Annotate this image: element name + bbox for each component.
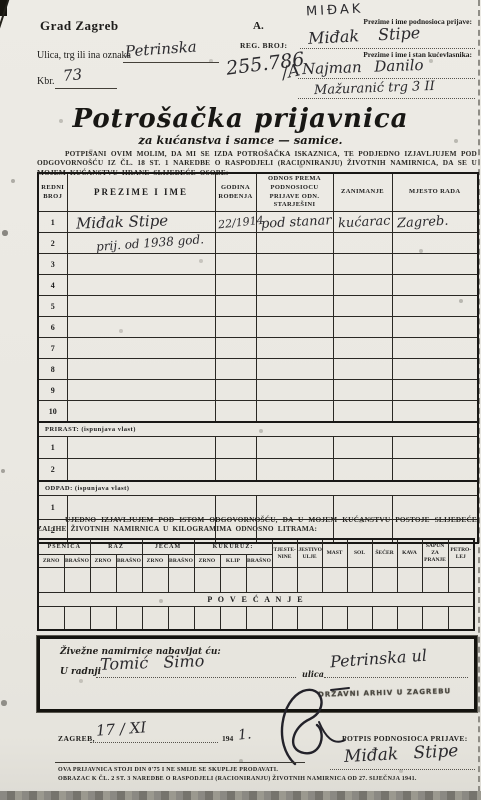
sub-zrno: ZRNO	[90, 555, 116, 568]
household-row-3: 3	[38, 254, 478, 275]
form-subtitle: za kućanstva i samce — samice.	[0, 133, 481, 147]
row-number: 3	[38, 254, 67, 275]
col-kava: KAVA	[397, 539, 422, 568]
city-title: Grad Zagreb	[40, 18, 119, 34]
group-jecam: JEČAM	[142, 539, 194, 555]
supplies-group-header-row: PŠENICA RAŽ JEČAM KUKURUZ: TJESTE- NINE …	[38, 539, 474, 555]
street-line: Petrinska	[123, 40, 219, 63]
sub-brasno: BRAŠNO	[116, 555, 142, 568]
household-row-7: 7	[38, 338, 478, 359]
prirast-label: PRIRAST: (ispunjava vlast)	[38, 422, 478, 437]
entry-name-handwritten: Miđak Stipe	[75, 211, 168, 232]
landlord-name-handwritten: Najman Danilo	[302, 56, 424, 78]
row-number: 1	[38, 212, 67, 233]
group-raz: RAŽ	[90, 539, 142, 555]
reg-broj-label: REG. BROJ:	[240, 41, 288, 50]
street-value-handwritten: Petrinska	[124, 38, 197, 61]
group-kukuruz: KUKURUZ:	[194, 539, 272, 555]
shop-declaration-box: Živežne namirnice nabavljat ću: U radnji…	[37, 636, 477, 712]
row-number: 4	[38, 275, 67, 296]
col-header-prezime: PREZIME I IME	[67, 173, 215, 212]
col-header-odnos: ODNOS PREMA PODNOSIOCU PRIJAVE ODN. STAR…	[256, 173, 333, 212]
household-row-5: 5	[38, 296, 478, 317]
col-tjestenine: TJESTE- NINE	[272, 539, 297, 568]
povecanje-label: P O V E Ć A N J E	[38, 593, 474, 607]
sub-klip: KLIP	[220, 555, 246, 568]
scan-bottom-band	[0, 791, 481, 800]
sub-brasno: BRAŠNO	[246, 555, 272, 568]
row-number: 10	[38, 401, 67, 423]
entry-workplace-handwritten: Zagreb.	[396, 214, 448, 232]
col-sol: SOL	[347, 539, 372, 568]
footnote-line-2: OBRAZAC K ČL. 2 ST. 3 NAREDBE O RASPODJE…	[58, 776, 468, 782]
form-title: Potrošačka prijavnica	[0, 104, 481, 134]
household-row-10: 10	[38, 401, 478, 423]
landlord-address-handwritten: Mažuranić trg 3 II	[314, 79, 435, 98]
date-line: 17 / XI	[90, 720, 218, 743]
sub-brasno: BRAŠNO	[168, 555, 194, 568]
prirast-row-1: 1	[38, 437, 478, 459]
supplies-table: PŠENICA RAŽ JEČAM KUKURUZ: TJESTE- NINE …	[37, 538, 475, 631]
household-table: REDNI BROJ PREZIME I IME GODINA ROĐENJA …	[37, 172, 479, 544]
landlord-name-line: Najman Danilo	[298, 58, 475, 79]
kbr-label: Kbr.	[37, 76, 55, 87]
row-number: 1	[38, 437, 67, 459]
supplies-data-row-1	[38, 568, 474, 593]
household-row-2: 2 prij. od 1938 god.	[38, 233, 478, 254]
landlord-address-line: Mažuranić trg 3 II	[298, 79, 475, 99]
footnote-separator	[55, 762, 305, 763]
section-letter: A.	[253, 20, 264, 32]
prirast-label-row: PRIRAST: (ispunjava vlast)	[38, 422, 478, 437]
household-row-1: 1 Miđak Stipe 22/1914 pod stanar kućarac…	[38, 212, 478, 233]
col-header-redni-broj: REDNI BROJ	[38, 173, 67, 212]
sub-zrno: ZRNO	[38, 555, 64, 568]
supplies-intro-paragraph: UJEDNO IZJAVLJUJEM POD ISTOM ODGOVORNOŠĆ…	[37, 515, 477, 534]
row-number: 9	[38, 380, 67, 401]
sub-zrno: ZRNO	[194, 555, 220, 568]
row-number: 8	[38, 359, 67, 380]
street-label: Ulica, trg ili ina oznaka	[37, 50, 131, 61]
applicant-value-handwritten: Miđak Stipe	[308, 23, 421, 48]
household-row-9: 9	[38, 380, 478, 401]
col-header-godina: GODINA ROĐENJA	[215, 173, 256, 212]
row-number: 5	[38, 296, 67, 317]
row-number: 2	[38, 459, 67, 481]
ulica-label: ulica	[302, 669, 324, 679]
ulica-value-handwritten: Petrinska ul	[329, 646, 427, 672]
scan-noise-speckles	[0, 0, 2, 2]
group-psenica: PŠENICA	[38, 539, 90, 555]
year-written-handwritten: 1.	[237, 726, 252, 743]
sub-brasno: BRAŠNO	[64, 555, 90, 568]
radnja-label: U radnji	[60, 667, 101, 677]
odpad-label: ODPAD: (ispunjava vlast)	[38, 481, 478, 496]
scanned-form-page: Grad Zagreb Ulica, trg ili ina oznaka Pe…	[0, 0, 481, 800]
sub-zrno: ZRNO	[142, 555, 168, 568]
date-value-handwritten: 17 / XI	[95, 718, 146, 739]
signature-value-handwritten: Miđak Stipe	[344, 741, 459, 767]
povecanje-row: P O V E Ć A N J E	[38, 593, 474, 607]
footnote-line-1: OVA PRIJAVNICA STOJI DIN 0'75 I NE SMIJE…	[58, 767, 468, 773]
col-sapun: SAPUN ZA PRANJE	[422, 539, 448, 568]
household-row-4: 4	[38, 275, 478, 296]
prirast-row-2: 2	[38, 459, 478, 481]
kbr-value-handwritten: 73	[62, 65, 83, 85]
year-printed: 194	[222, 734, 233, 743]
household-row-8: 8	[38, 359, 478, 380]
supplies-data-row-2	[38, 607, 474, 631]
col-mast: MAST	[322, 539, 347, 568]
entry-occupation-handwritten: kućarac	[337, 214, 390, 232]
radnja-value-handwritten: Tomić Simo	[100, 651, 205, 674]
row-number: 7	[38, 338, 67, 359]
col-petrolej: PETRO- LEJ	[448, 539, 474, 568]
ulica-line: Petrinska ul	[324, 649, 468, 678]
col-header-zanimanje: ZANIMANJE	[333, 173, 392, 212]
kbr-line: 73	[55, 66, 117, 89]
row-number: 2	[38, 233, 67, 254]
entry-relation-handwritten: pod stanar	[260, 213, 331, 232]
household-row-6: 6	[38, 317, 478, 338]
col-header-mjesto: MJESTO RADA	[392, 173, 478, 212]
col-secer: ŠEĆER	[372, 539, 397, 568]
applicant-line: Miđak Stipe	[300, 26, 475, 49]
odpad-label-row: ODPAD: (ispunjava vlast)	[38, 481, 478, 496]
radnja-line: Tomić Simo	[96, 653, 296, 678]
entry-note-handwritten: prij. od 1938 god.	[95, 232, 204, 254]
household-header-row: REDNI BROJ PREZIME I IME GODINA ROĐENJA …	[38, 173, 478, 212]
row-number: 6	[38, 317, 67, 338]
col-jestivo-ulje: JESTIVO ULJE	[297, 539, 322, 568]
